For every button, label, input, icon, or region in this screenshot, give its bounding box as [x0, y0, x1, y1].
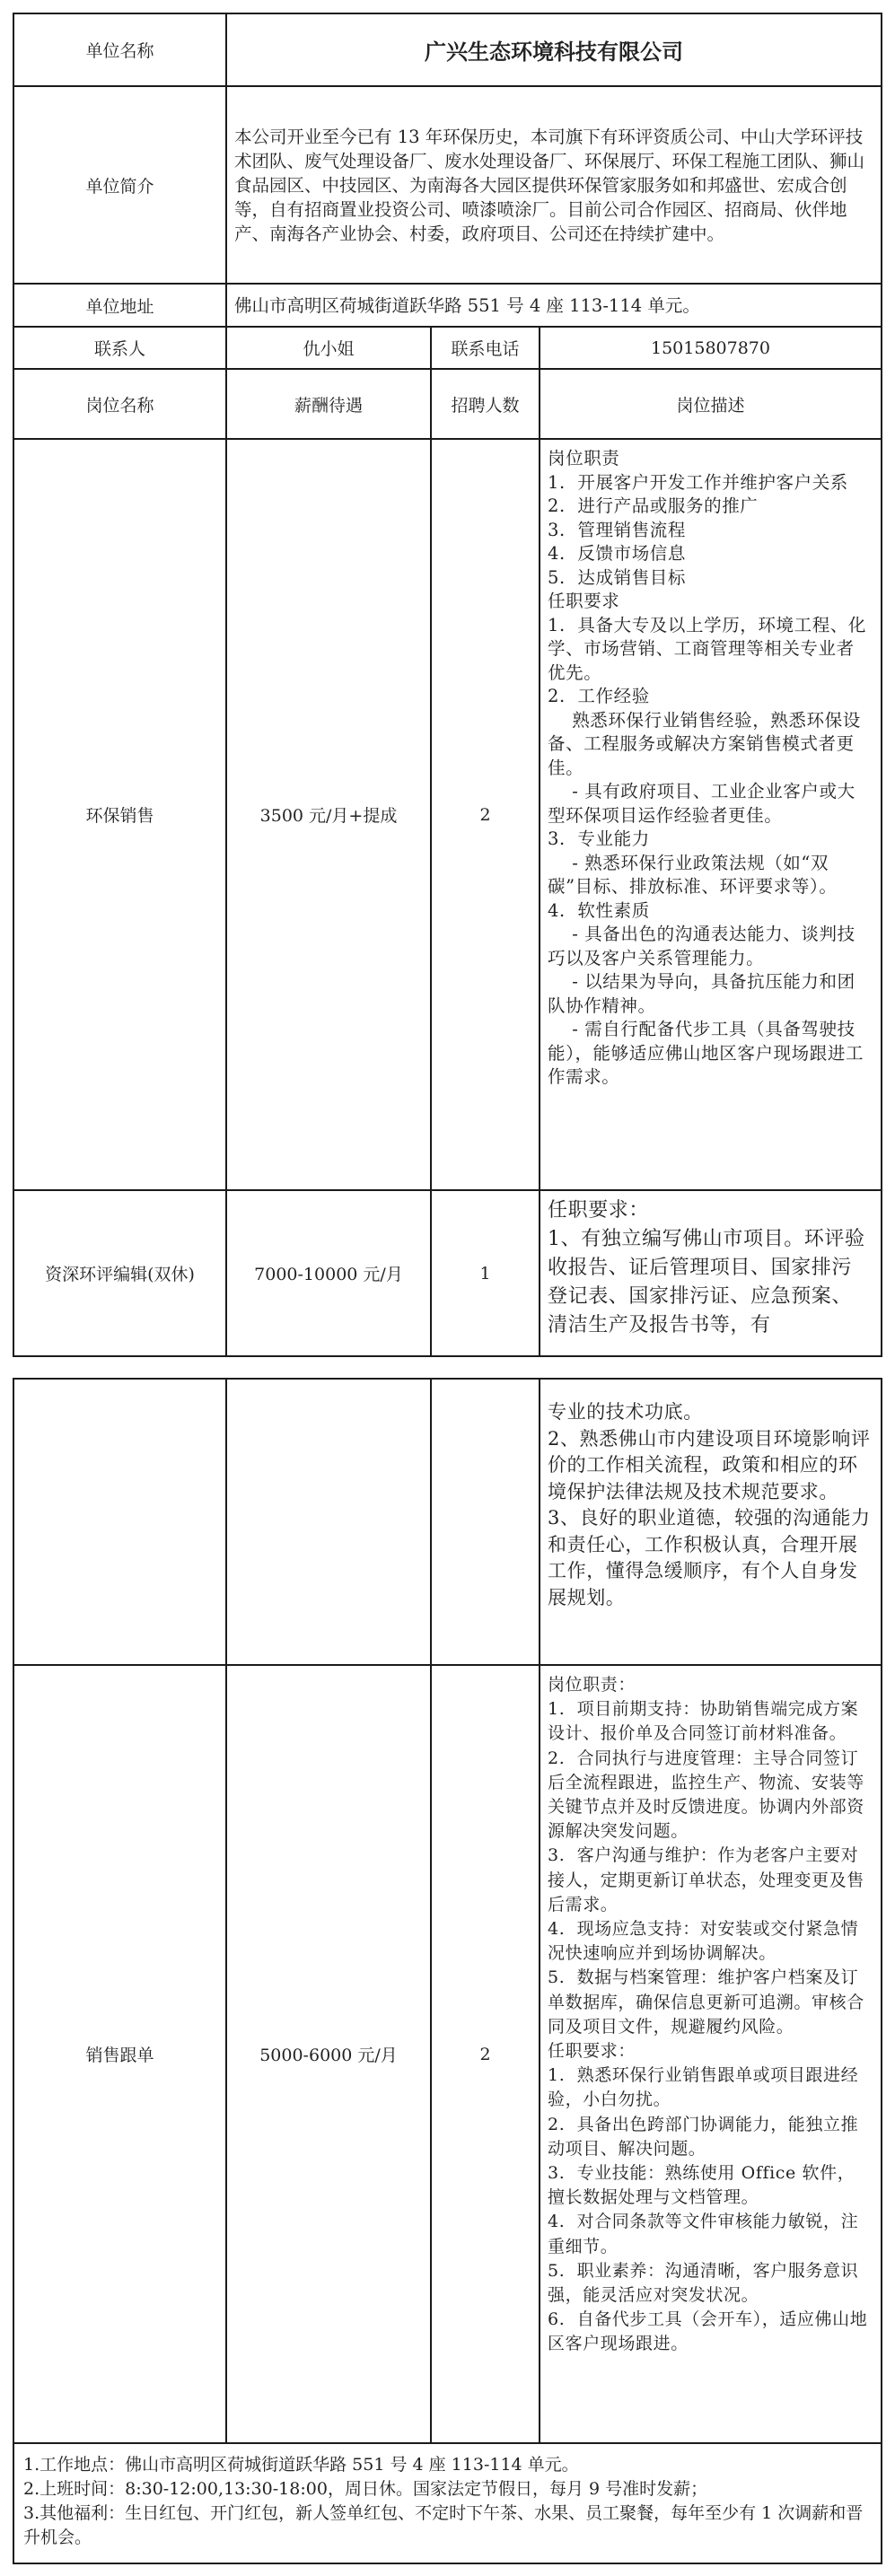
company-intro: 本公司开业至今已有 13 年环保历史，本司旗下有环评资质公司、中山大学环评技术团…	[225, 87, 881, 283]
footer-work-hours: 2.上班时间：8:30-12:00,13:30-18:00，周日休。国家法定节假…	[23, 2477, 872, 2502]
company-address-row: 单位地址 佛山市高明区荷城街道跃华路 551 号 4 座 113-114 单元。	[14, 285, 881, 328]
job-salary: 5000-6000 元/月	[225, 1666, 430, 2442]
job-row-senior-eia-editor: 资深环评编辑(双休) 7000-10000 元/月 1 任职要求： 1、有独立编…	[14, 1191, 881, 1355]
job-description: 任职要求： 1、有独立编写佛山市项目。环评验收报告、证后管理项目、国家排污登记表…	[539, 1191, 881, 1355]
job-description: 岗位职责： 1. 项目前期支持：协助销售端完成方案设计、报价单及合同签订前材料准…	[539, 1666, 881, 2442]
company-name-row: 单位名称 广兴生态环境科技有限公司	[14, 14, 881, 87]
job-salary-empty	[225, 1380, 430, 1664]
job-row-senior-eia-editor-continued: 专业的技术功底。 2、熟悉佛山市内建设项目环境影响评价的工作相关流程，政策和相应…	[14, 1380, 881, 1666]
footer-work-location: 1.工作地点：佛山市高明区荷城街道跃华路 551 号 4 座 113-114 单…	[23, 2453, 872, 2477]
company-name-label: 单位名称	[14, 14, 225, 85]
job-salary: 3500 元/月+提成	[225, 440, 430, 1189]
company-intro-row: 单位简介 本公司开业至今已有 13 年环保历史，本司旗下有环评资质公司、中山大学…	[14, 87, 881, 285]
footer-notes-row: 1.工作地点：佛山市高明区荷城街道跃华路 551 号 4 座 113-114 单…	[14, 2444, 881, 2563]
job-row-sales-order-follow-up: 销售跟单 5000-6000 元/月 2 岗位职责： 1. 项目前期支持：协助销…	[14, 1666, 881, 2444]
header-count: 招聘人数	[430, 370, 539, 438]
phone-number[interactable]: 15015807870	[539, 328, 881, 368]
header-salary: 薪酬待遇	[225, 370, 430, 438]
job-header-row: 岗位名称 薪酬待遇 招聘人数 岗位描述	[14, 370, 881, 440]
footer-notes: 1.工作地点：佛山市高明区荷城街道跃华路 551 号 4 座 113-114 单…	[14, 2444, 881, 2550]
company-address: 佛山市高明区荷城街道跃华路 551 号 4 座 113-114 单元。	[225, 285, 881, 326]
company-address-label: 单位地址	[14, 285, 225, 326]
job-description: 岗位职责 1. 开展客户开发工作并维护客户关系 2. 进行产品或服务的推广 3.…	[539, 440, 881, 1189]
job-row-environmental-sales: 环保销售 3500 元/月+提成 2 岗位职责 1. 开展客户开发工作并维护客户…	[14, 440, 881, 1191]
header-position: 岗位名称	[14, 370, 225, 438]
recruitment-table-part-2: 专业的技术功底。 2、熟悉佛山市内建设项目环境影响评价的工作相关流程，政策和相应…	[13, 1378, 882, 2564]
company-name: 广兴生态环境科技有限公司	[225, 14, 881, 85]
header-description: 岗位描述	[539, 370, 881, 438]
recruitment-table-part-1: 单位名称 广兴生态环境科技有限公司 单位简介 本公司开业至今已有 13 年环保历…	[13, 13, 882, 1357]
contact-row: 联系人 仇小姐 联系电话 15015807870	[14, 328, 881, 370]
job-title: 环保销售	[14, 440, 225, 1189]
job-description-continued: 专业的技术功底。 2、熟悉佛山市内建设项目环境影响评价的工作相关流程，政策和相应…	[539, 1380, 881, 1664]
job-count: 2	[430, 440, 539, 1189]
job-title: 销售跟单	[14, 1666, 225, 2442]
job-title-empty	[14, 1380, 225, 1664]
job-count: 2	[430, 1666, 539, 2442]
job-title: 资深环评编辑(双休)	[14, 1191, 225, 1355]
company-intro-label: 单位简介	[14, 87, 225, 283]
job-count-empty	[430, 1380, 539, 1664]
job-salary: 7000-10000 元/月	[225, 1191, 430, 1355]
contact-label: 联系人	[14, 328, 225, 368]
contact-name: 仇小姐	[225, 328, 430, 368]
footer-benefits: 3.其他福利：生日红包、开门红包，新人签单红包、不定时下午茶、水果、员工聚餐，每…	[23, 2502, 872, 2550]
job-count: 1	[430, 1191, 539, 1355]
phone-label: 联系电话	[430, 328, 539, 368]
